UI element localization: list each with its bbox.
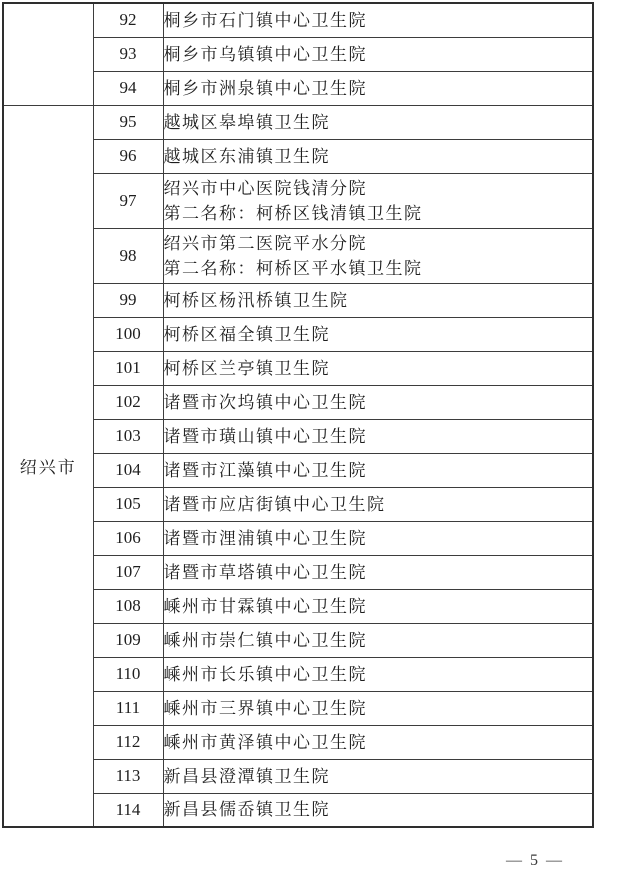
document-page: 92桐乡市石门镇中心卫生院93桐乡市乌镇镇中心卫生院94桐乡市洲泉镇中心卫生院绍… (0, 0, 634, 882)
facility-name: 嵊州市长乐镇中心卫生院 (164, 662, 593, 687)
table-body: 92桐乡市石门镇中心卫生院93桐乡市乌镇镇中心卫生院94桐乡市洲泉镇中心卫生院绍… (3, 3, 593, 827)
facility-name-cell: 柯桥区兰亭镇卫生院 (163, 351, 593, 385)
row-number: 105 (93, 487, 163, 521)
facility-name-cell: 柯桥区福全镇卫生院 (163, 317, 593, 351)
facility-name: 柯桥区兰亭镇卫生院 (164, 356, 593, 381)
row-number: 97 (93, 173, 163, 228)
row-number: 102 (93, 385, 163, 419)
row-number: 109 (93, 623, 163, 657)
row-number: 104 (93, 453, 163, 487)
facility-name: 绍兴市中心医院钱清分院 (164, 176, 593, 201)
row-number: 107 (93, 555, 163, 589)
facility-name: 嵊州市崇仁镇中心卫生院 (164, 628, 593, 653)
facility-name: 诸暨市璜山镇中心卫生院 (164, 424, 593, 449)
facility-name-cell: 诸暨市应店街镇中心卫生院 (163, 487, 593, 521)
row-number: 98 (93, 228, 163, 283)
row-number: 96 (93, 139, 163, 173)
facility-name-cell: 新昌县澄潭镇卫生院 (163, 759, 593, 793)
row-number: 93 (93, 37, 163, 71)
facility-name: 桐乡市洲泉镇中心卫生院 (164, 76, 593, 101)
facility-name: 新昌县儒岙镇卫生院 (164, 797, 593, 822)
facility-name: 桐乡市乌镇镇中心卫生院 (164, 42, 593, 67)
facility-name-cell: 诸暨市次坞镇中心卫生院 (163, 385, 593, 419)
facility-secondary-name: 第二名称：柯桥区平水镇卫生院 (164, 256, 593, 281)
facility-name-cell: 诸暨市浬浦镇中心卫生院 (163, 521, 593, 555)
facility-name-cell: 嵊州市崇仁镇中心卫生院 (163, 623, 593, 657)
facility-name-cell: 越城区东浦镇卫生院 (163, 139, 593, 173)
facility-name-cell: 诸暨市草塔镇中心卫生院 (163, 555, 593, 589)
row-number: 100 (93, 317, 163, 351)
facility-name-cell: 越城区皋埠镇卫生院 (163, 105, 593, 139)
facility-name: 诸暨市草塔镇中心卫生院 (164, 560, 593, 585)
facility-name: 柯桥区杨汛桥镇卫生院 (164, 288, 593, 313)
row-number: 110 (93, 657, 163, 691)
table-row: 绍兴市95越城区皋埠镇卫生院 (3, 105, 593, 139)
row-number: 112 (93, 725, 163, 759)
row-number: 92 (93, 3, 163, 37)
facility-name: 越城区东浦镇卫生院 (164, 144, 593, 169)
facility-name-cell: 嵊州市三界镇中心卫生院 (163, 691, 593, 725)
region-cell (3, 3, 93, 105)
row-number: 103 (93, 419, 163, 453)
facility-name: 诸暨市浬浦镇中心卫生院 (164, 526, 593, 551)
row-number: 108 (93, 589, 163, 623)
facility-name: 越城区皋埠镇卫生院 (164, 110, 593, 135)
facility-name-cell: 嵊州市黄泽镇中心卫生院 (163, 725, 593, 759)
facility-name: 绍兴市第二医院平水分院 (164, 231, 593, 256)
facility-name-cell: 嵊州市甘霖镇中心卫生院 (163, 589, 593, 623)
facility-name: 新昌县澄潭镇卫生院 (164, 764, 593, 789)
facility-name-cell: 嵊州市长乐镇中心卫生院 (163, 657, 593, 691)
health-center-table: 92桐乡市石门镇中心卫生院93桐乡市乌镇镇中心卫生院94桐乡市洲泉镇中心卫生院绍… (2, 2, 594, 828)
facility-name-cell: 桐乡市洲泉镇中心卫生院 (163, 71, 593, 105)
row-number: 95 (93, 105, 163, 139)
facility-name-cell: 绍兴市中心医院钱清分院第二名称：柯桥区钱清镇卫生院 (163, 173, 593, 228)
row-number: 94 (93, 71, 163, 105)
page-number: — 5 — (500, 852, 570, 870)
facility-name-cell: 绍兴市第二医院平水分院第二名称：柯桥区平水镇卫生院 (163, 228, 593, 283)
facility-name-cell: 新昌县儒岙镇卫生院 (163, 793, 593, 827)
facility-name-cell: 诸暨市江藻镇中心卫生院 (163, 453, 593, 487)
facility-name: 嵊州市三界镇中心卫生院 (164, 696, 593, 721)
facility-name: 诸暨市应店街镇中心卫生院 (164, 492, 593, 517)
row-number: 99 (93, 283, 163, 317)
row-number: 106 (93, 521, 163, 555)
row-number: 111 (93, 691, 163, 725)
row-number: 114 (93, 793, 163, 827)
facility-name-cell: 桐乡市乌镇镇中心卫生院 (163, 37, 593, 71)
facility-name-cell: 柯桥区杨汛桥镇卫生院 (163, 283, 593, 317)
facility-name-cell: 诸暨市璜山镇中心卫生院 (163, 419, 593, 453)
facility-name-cell: 桐乡市石门镇中心卫生院 (163, 3, 593, 37)
facility-name: 诸暨市江藻镇中心卫生院 (164, 458, 593, 483)
facility-name: 嵊州市黄泽镇中心卫生院 (164, 730, 593, 755)
row-number: 113 (93, 759, 163, 793)
facility-name: 柯桥区福全镇卫生院 (164, 322, 593, 347)
facility-name: 桐乡市石门镇中心卫生院 (164, 8, 593, 33)
region-cell: 绍兴市 (3, 105, 93, 827)
row-number: 101 (93, 351, 163, 385)
facility-secondary-name: 第二名称：柯桥区钱清镇卫生院 (164, 201, 593, 226)
facility-name: 诸暨市次坞镇中心卫生院 (164, 390, 593, 415)
table-row: 92桐乡市石门镇中心卫生院 (3, 3, 593, 37)
facility-name: 嵊州市甘霖镇中心卫生院 (164, 594, 593, 619)
